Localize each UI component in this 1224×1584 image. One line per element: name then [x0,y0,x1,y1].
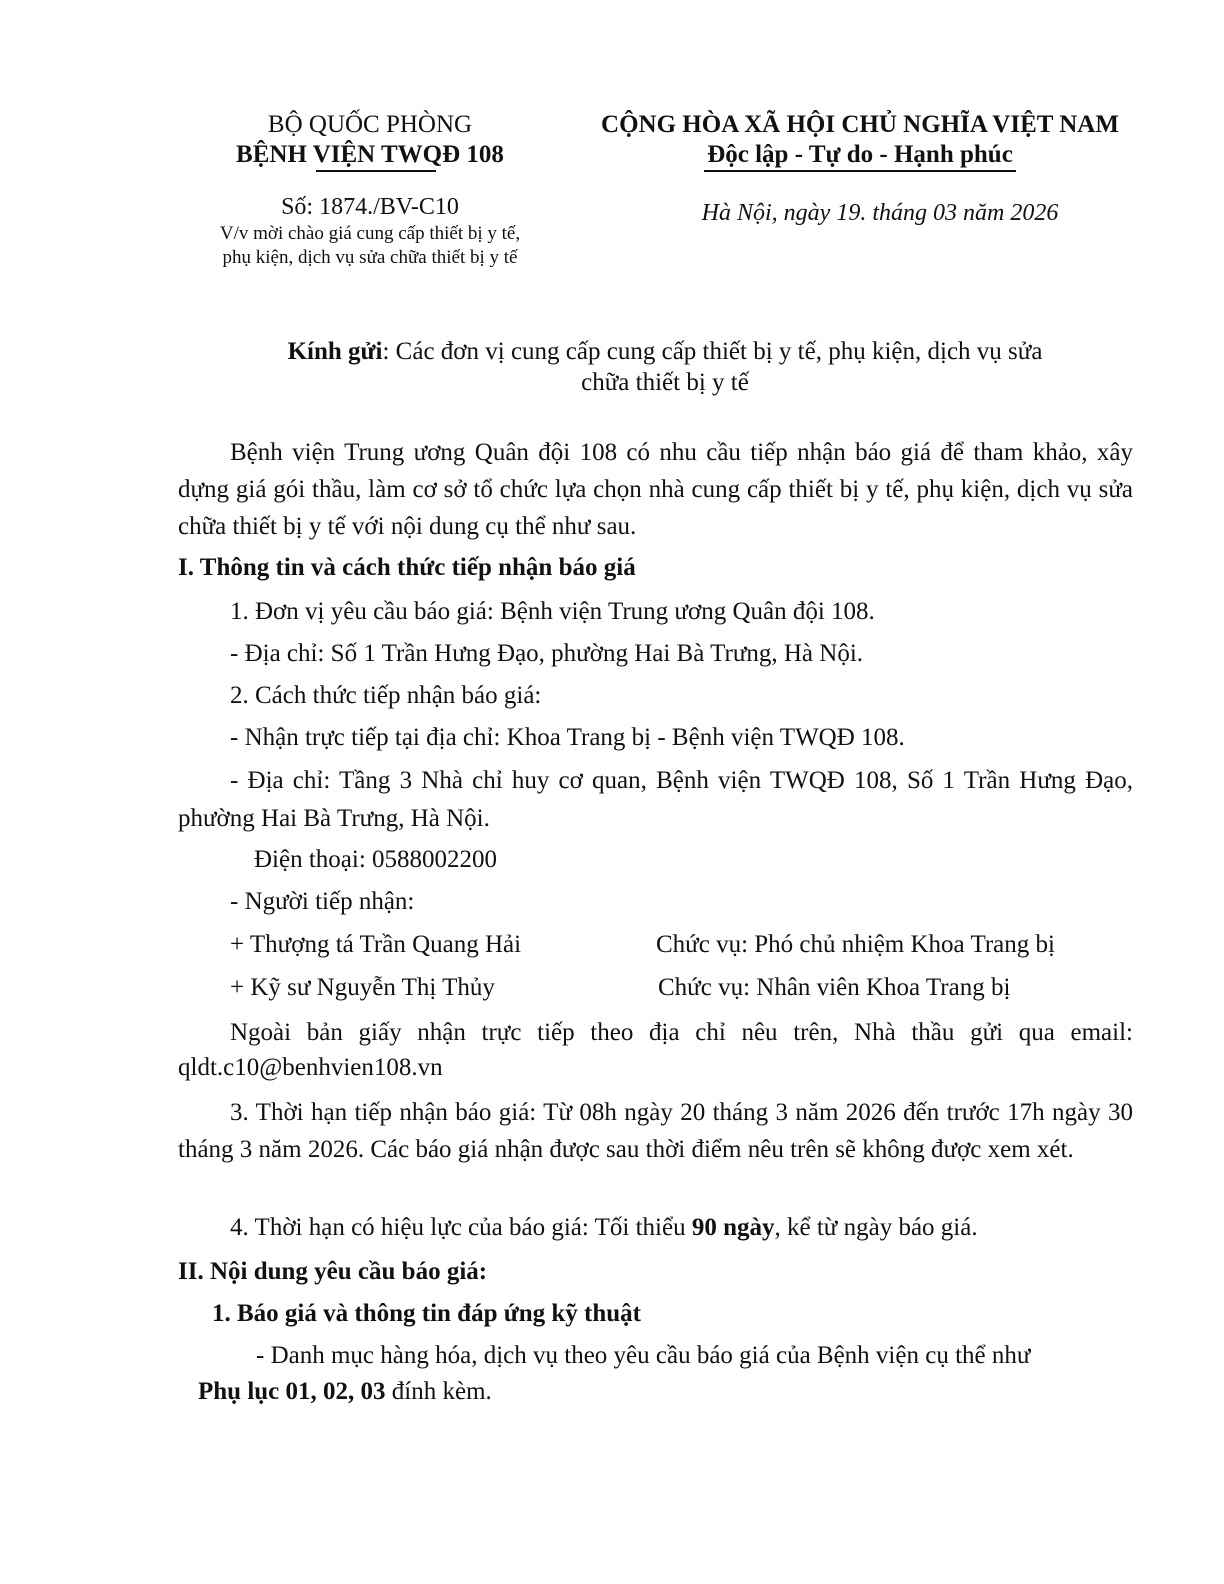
appendix-bold: Phụ lục 01, 02, 03 [198,1378,386,1405]
doc-number-label: Số: [281,194,313,220]
item-4-suffix: , kể từ ngày báo giá. [775,1214,978,1241]
document-number: Số: 1874./BV-C10 [180,192,560,222]
section-1-receivers-label: - Người tiếp nhận: [230,886,414,918]
email-note: Ngoài bản giấy nhận trực tiếp theo địa c… [178,1014,1133,1052]
doc-number-value: 1874./BV-C10 [319,194,459,220]
motto-underline [704,170,1016,172]
national-motto: Độc lập - Tự do - Hạnh phúc [560,140,1160,170]
section-1-phone: Điện thoại: 0588002200 [254,844,497,876]
section-1-address-1: - Địa chỉ: Số 1 Trần Hưng Đạo, phường Ha… [230,638,863,670]
national-header-block: CỘNG HÒA XÃ HỘI CHỦ NGHĨA VIỆT NAM Độc l… [560,110,1160,228]
recipient-label: Kính gửi [288,338,383,365]
section-2-sub-1-title: 1. Báo giá và thông tin đáp ứng kỹ thuật [212,1298,641,1330]
intro-paragraph: Bệnh viện Trung ương Quân đội 108 có nhu… [178,434,1133,545]
subject-line-1: V/v mời chào giá cung cấp thiết bị y tế, [180,222,560,246]
recipient-text-line2: chữa thiết bị y tế [200,367,1130,398]
appendix-suffix: đính kèm. [386,1378,492,1405]
section-1-item-1: 1. Đơn vị yêu cầu báo giá: Bệnh viện Tru… [230,596,875,628]
section-1-address-2: - Địa chỉ: Tầng 3 Nhà chỉ huy cơ quan, B… [178,762,1133,838]
section-1-item-3: 3. Thời hạn tiếp nhận báo giá: Từ 08h ng… [178,1094,1133,1168]
receiver-1-position: Chức vụ: Phó chủ nhiệm Khoa Trang bị [656,929,1055,961]
receiver-2-name: + Kỹ sư Nguyễn Thị Thủy [230,972,495,1004]
section-2-title: II. Nội dung yêu cầu báo giá: [178,1256,487,1288]
item-4-prefix: 4. Thời hạn có hiệu lực của báo giá: Tối… [230,1214,692,1241]
section-1-receive-direct: - Nhận trực tiếp tại địa chỉ: Khoa Trang… [230,722,905,754]
subject-line-2: phụ kiện, dịch vụ sửa chữa thiết bị y tế [180,246,560,270]
ministry-name: BỘ QUỐC PHÒNG [180,110,560,140]
section-2-list-text: - Danh mục hàng hóa, dịch vụ theo yêu cầ… [256,1340,1030,1372]
place-date: Hà Nội, ngày 19. tháng 03 năm 2026 [560,198,1160,228]
section-1-item-2: 2. Cách thức tiếp nhận báo giá: [230,680,541,712]
recipient-text: : Các đơn vị cung cấp cung cấp thiết bị … [382,338,1042,365]
issuer-block: BỘ QUỐC PHÒNG BỆNH VIỆN TWQĐ 108 Số: 187… [180,110,560,270]
section-2-appendix: Phụ lục 01, 02, 03 đính kèm. [198,1376,492,1408]
receiver-2-position: Chức vụ: Nhân viên Khoa Trang bị [658,972,1010,1004]
recipient: Kính gửi: Các đơn vị cung cấp cung cấp t… [200,336,1130,398]
section-1-title: I. Thông tin và cách thức tiếp nhận báo … [178,552,636,584]
item-4-bold: 90 ngày [692,1214,775,1241]
receiver-1-name: + Thượng tá Trần Quang Hải [230,929,521,961]
country-name: CỘNG HÒA XÃ HỘI CHỦ NGHĨA VIỆT NAM [560,110,1160,140]
email-address[interactable]: qldt.c10@benhvien108.vn [178,1052,443,1084]
hospital-name: BỆNH VIỆN TWQĐ 108 [180,140,560,170]
hospital-underline [316,170,436,172]
section-1-item-4: 4. Thời hạn có hiệu lực của báo giá: Tối… [230,1212,978,1244]
